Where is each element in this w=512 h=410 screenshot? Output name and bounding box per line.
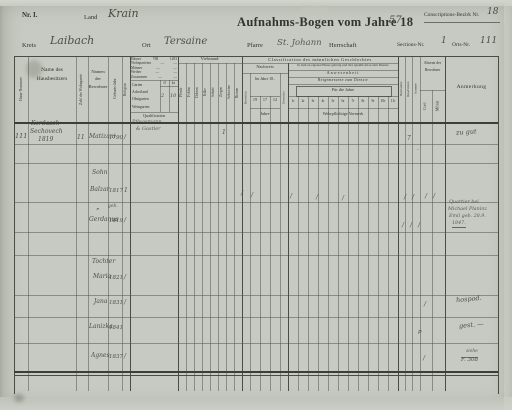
grid-line	[130, 80, 178, 81]
partei-number-entry: 11	[77, 135, 85, 141]
anmerkung-note-line: siehe	[466, 350, 478, 355]
grid-line	[122, 56, 123, 391]
grid-line	[250, 96, 280, 97]
grid-line	[186, 63, 187, 391]
grid-line	[358, 96, 359, 391]
col-header-bienen: Bienen	[234, 63, 242, 122]
owner-name-line3: 1819	[38, 137, 53, 143]
orts-label: Orts-Nr.	[452, 42, 470, 48]
resident-name: Agnes	[91, 353, 110, 359]
resident-year: 1790	[109, 136, 123, 142]
grid-line	[169, 80, 170, 112]
kreis-value-handwritten: Laibach	[50, 35, 94, 46]
im-jahre-header: Im Jahre 18..	[250, 77, 280, 81]
grid-line	[14, 122, 498, 124]
grid-line	[328, 96, 329, 391]
tick-mark: /	[290, 194, 292, 200]
col-header-hausbesitzer: Name des Hausbesitzers	[28, 66, 76, 85]
grid-line	[14, 56, 498, 57]
conscription-district-label: Conscriptions-Bezirk Nr.	[424, 12, 479, 18]
viehstand-group-label: Viehstand:	[178, 57, 242, 62]
grid-line	[130, 112, 178, 113]
paper-edge-right	[504, 0, 512, 410]
tick-mark: /	[433, 194, 435, 200]
col-header-summe: Summe	[412, 56, 420, 122]
grid-line	[218, 63, 219, 391]
conscription-district-value: 18	[487, 8, 498, 17]
grid-line	[202, 63, 203, 391]
land-value-handwritten: Krain	[108, 8, 139, 19]
anwesenheit-header: Anwesenheit	[288, 71, 398, 76]
classification-group-title: Classification des männlichen Geschlecht…	[242, 57, 398, 62]
dienstjahr-col: 8r	[358, 99, 368, 103]
infobox-land-labels: Garten Ackerland Obstgarten Weingarten	[132, 82, 160, 111]
col-header-revision: Revision	[242, 73, 250, 122]
grid-line	[14, 255, 498, 256]
ort-label: Ort	[142, 42, 151, 49]
grid-line	[288, 63, 289, 391]
dienstjahr-col: 7r	[348, 99, 358, 103]
paper-highlight	[300, 6, 330, 12]
grid-line	[445, 56, 446, 391]
grid-line	[288, 84, 398, 85]
geb-note: geb.	[108, 205, 118, 210]
grid-line	[108, 56, 109, 391]
grid-line	[160, 86, 178, 87]
grid-line	[242, 73, 288, 74]
grid-line	[130, 56, 131, 391]
orts-value-handwritten: 111	[480, 37, 497, 46]
col-header-militaer: Militär	[432, 90, 445, 122]
tick-mark: /	[124, 218, 126, 224]
grid-line	[288, 70, 398, 71]
paper-nick	[14, 394, 24, 402]
rule-line	[424, 22, 500, 23]
pfarre-label: Pfarre	[247, 42, 263, 49]
grid-line	[420, 56, 421, 391]
age-col-19: 19	[250, 98, 260, 103]
grid-line	[194, 63, 195, 391]
grid-line	[210, 63, 211, 391]
infobox-unit-kr: kr	[169, 81, 178, 85]
tick-mark: /	[425, 194, 427, 200]
col-header-pferde: Pferde	[178, 63, 186, 122]
house-number-entry: 111	[15, 133, 27, 140]
resident-year: 1817	[109, 189, 123, 195]
anmerkung-note: gest. —	[459, 321, 484, 329]
col-header-zuwachs: Zuwachs	[280, 73, 288, 122]
col-header-bewohner: Namen der Bewohner	[88, 68, 108, 90]
col-header-reservisten: Reservisten	[405, 56, 412, 122]
dienstjahr-col: 3r	[308, 99, 318, 103]
infobox-value-kr: 10	[170, 94, 176, 99]
dienstjahr-col: 11r	[388, 99, 398, 103]
grid-line	[378, 96, 379, 391]
ort-value-handwritten: Tersaine	[164, 37, 207, 47]
tick-mark: /	[251, 193, 253, 199]
grid-line	[498, 56, 499, 394]
pfarre-value-handwritten: St. Johann	[277, 39, 322, 48]
grid-line	[405, 56, 406, 391]
grid-line	[432, 90, 433, 391]
owner-name-line2: Sechovech	[30, 129, 63, 135]
form-title: Aufnahms-Bogen vom Jahre 18	[237, 15, 413, 29]
age-col-12: 12	[270, 98, 280, 103]
grid-line	[14, 202, 498, 203]
age-col-17: 17	[260, 98, 270, 103]
grid-line	[178, 56, 179, 391]
ditto-mark: „	[96, 204, 100, 211]
grid-line	[288, 77, 398, 78]
infobox-footer: Qualification	[130, 114, 178, 119]
col-header-fohlen: Fohlen	[186, 63, 194, 122]
col-header-beurlaubte: Beurlaubte	[398, 56, 405, 122]
grid-line	[14, 317, 498, 318]
col-header-haus-nummer: Haus-Nummer	[14, 56, 28, 122]
dienstjahr-col: 4r	[318, 99, 328, 103]
col-header-kuehe: Kühe	[202, 63, 210, 122]
dienstjahr-col: 5r	[328, 99, 338, 103]
tick-mark: /	[424, 302, 426, 308]
anmerkung-note: hospod.	[456, 295, 482, 304]
grid-line	[88, 56, 89, 391]
anmerkung-note-line: F. 308	[461, 357, 478, 364]
grid-line	[270, 96, 271, 391]
grid-line	[368, 96, 369, 391]
sections-label: Sections-Nr.	[397, 42, 424, 48]
grid-line	[76, 56, 77, 391]
dienstjahr-col: 6r	[338, 99, 348, 103]
anmerkung-note-line: 1847.	[452, 222, 466, 228]
col-header-anmerkung: Anmerkung	[445, 84, 498, 90]
tick-mark: /	[124, 135, 126, 141]
grid-line	[288, 96, 398, 97]
col-header-wohnpartei: Zahl der Wohnpartei	[76, 56, 88, 122]
qualification-line: In dem zu eigenen Hause gehörig und ihre…	[288, 64, 398, 68]
grid-line	[318, 96, 319, 391]
resident-name: Balzar	[90, 187, 110, 193]
infobox-unit-fl: fl	[160, 81, 169, 85]
grid-line	[14, 343, 498, 344]
count-mark: 7	[407, 136, 411, 142]
col-header-schweine: Schweine	[226, 63, 234, 122]
beigemessen-header: Beigemessene zum Dienste	[288, 78, 398, 82]
grid-line	[250, 108, 280, 109]
grid-line	[308, 96, 309, 391]
land-label: Land	[84, 14, 97, 21]
infobox-value-fl: 2	[161, 94, 164, 99]
grid-line	[14, 375, 498, 376]
fuer-die-jahre-header: Für die Jahre	[296, 88, 390, 93]
resident-year: 1837	[109, 355, 123, 361]
tick-mark: /	[124, 275, 126, 281]
herrschaft-label: Herrschaft	[329, 42, 356, 49]
tick-mark: 1	[124, 188, 128, 194]
grid-line	[226, 63, 227, 391]
col-header-ziegen: Ziegen	[218, 63, 226, 122]
absenz-group-header: Absenz der Bewohner	[420, 60, 445, 74]
occupation-note-line2: & Gastler	[136, 127, 161, 132]
resident-year: 1821	[109, 276, 123, 282]
nachweis-header: Nachweis	[242, 65, 288, 70]
jahre-footer: Jahre	[250, 112, 280, 117]
grid-line	[14, 295, 498, 296]
kreis-label: Kreis	[22, 42, 36, 49]
dienstjahr-col: 10r	[378, 99, 388, 103]
resident-year: 1819	[109, 219, 123, 225]
dienstjahr-col: 2r	[298, 99, 308, 103]
grid-line	[260, 96, 261, 391]
scanned-census-sheet: Nr. I. Land Krain Aufnahms-Bogen vom Jah…	[0, 0, 512, 410]
col-header-geburtsjahr: Geburts-Jahr	[108, 56, 122, 122]
grid-line	[412, 56, 413, 391]
anmerkung-note-line: Michael Planinz	[448, 208, 487, 213]
grid-line	[338, 96, 339, 391]
grid-line	[178, 63, 398, 64]
grid-line	[160, 80, 161, 112]
paper-edge-bottom	[0, 397, 512, 410]
anmerkung-note-line: Emil geb. 28.9.	[449, 215, 486, 220]
anmerkung-note: zu gut	[456, 128, 477, 136]
grid-line	[298, 96, 299, 391]
tick-mark: /	[124, 300, 126, 306]
grid-line	[14, 144, 498, 145]
grid-line	[234, 63, 235, 391]
sections-value-handwritten: 1	[441, 37, 447, 46]
infobox-row: Zusammen——	[130, 75, 178, 79]
dienstjahr-col: 9r	[368, 99, 378, 103]
grid-line	[398, 56, 399, 391]
grid-line	[14, 232, 498, 233]
grid-line	[420, 90, 445, 91]
tick-mark: /	[423, 356, 425, 362]
relation-entry: Tochter	[92, 259, 115, 265]
grid-line	[14, 163, 498, 164]
dienstjahr-col: 1r	[288, 99, 298, 103]
grid-line	[348, 96, 349, 391]
col-header-ochsen: Ochsen	[194, 63, 202, 122]
tick-mark: /	[124, 354, 126, 360]
grid-line	[242, 56, 243, 391]
relation-entry: Sohn	[92, 170, 107, 176]
sheet-number: Nr. I.	[22, 12, 38, 20]
vormerk-footer: Wehrpflichtige Vormerk	[288, 112, 398, 117]
grid-line	[388, 96, 389, 391]
tick-mark: /	[402, 223, 404, 229]
paper-edge-top	[0, 0, 512, 6]
col-header-schafe: Schafe	[210, 63, 218, 122]
grid-line	[14, 371, 498, 373]
col-header-civil: Civil	[420, 90, 432, 122]
grid-line	[288, 108, 398, 109]
grid-line	[28, 56, 29, 391]
resident-name: Jana	[94, 299, 107, 305]
form-title-year-handwritten: 57	[389, 16, 402, 26]
ink-dot: .	[417, 146, 419, 152]
resident-year: 1831	[109, 301, 123, 307]
col-header-religion: Religion	[122, 56, 130, 122]
resident-year: 1841	[109, 326, 123, 332]
